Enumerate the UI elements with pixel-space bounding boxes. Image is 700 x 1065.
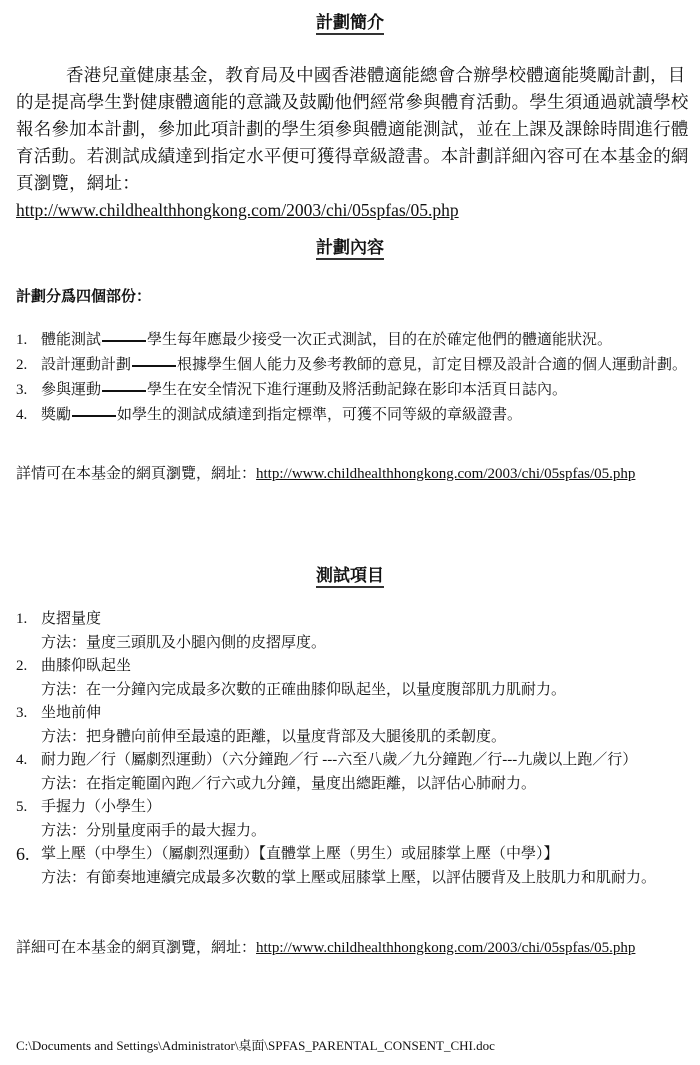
test-item-title: 耐力跑／行（屬劇烈運動）（六分鐘跑／行 ---六至八歲／九分鐘跑／行---九歲以… <box>41 752 637 768</box>
test-item-method: 方法：在一分鐘內完成最多次數的正確曲膝仰臥起坐，以量度腹部肌力肌耐力。 <box>41 679 696 703</box>
plan-item-title: 參與運動 <box>41 382 101 398</box>
list-number: 4. <box>16 403 27 428</box>
test-item-method: 方法：分別量度兩手的最大握力。 <box>41 820 696 844</box>
list-number: 2. <box>16 353 27 378</box>
list-number: 1. <box>16 608 27 632</box>
list-number: 4. <box>16 749 27 773</box>
document-page: 計劃簡介 香港兒童健康基金，教育局及中國香港體適能總會合辦學校體適能獎勵計劃，目… <box>0 0 700 1065</box>
test-item-title: 皮摺量度 <box>41 611 101 627</box>
plan-more-info: 詳情可在本基金的網頁瀏覽，網址：http://www.childhealthho… <box>16 464 635 484</box>
plan-more-info-label: 詳情可在本基金的網頁瀏覽，網址： <box>16 466 256 482</box>
test-item-title: 掌上壓（中學生）（屬劇烈運動）【直體掌上壓（男生）或屈膝掌上壓（中學）】 <box>41 846 559 862</box>
plan-item-title: 獎勵 <box>41 407 71 423</box>
list-number: 6. <box>16 843 30 867</box>
plan-list-item: 3. 參與運動學生在安全情況下進行運動及將活動記錄在影印本活頁日誌內。 <box>16 378 696 403</box>
test-heading-text: 測試項目 <box>316 566 384 588</box>
plan-item-text: 學生每年應最少接受一次正式測試，目的在於確定他們的體適能狀況。 <box>147 332 612 348</box>
plan-item-text: 根據學生個人能力及參考教師的意見，訂定目標及設計合適的個人運動計劃。 <box>177 357 687 373</box>
plan-heading: 計劃內容 <box>0 237 700 259</box>
intro-url-link[interactable]: http://www.childhealthhongkong.com/2003/… <box>16 197 692 224</box>
em-dash <box>132 365 176 367</box>
plan-subheading: 計劃分爲四個部份： <box>16 287 151 307</box>
list-number: 3. <box>16 378 27 403</box>
plan-list-item: 2. 設計運動計劃根據學生個人能力及參考教師的意見，訂定目標及設計合適的個人運動… <box>16 353 696 378</box>
test-item-title: 坐地前伸 <box>41 705 101 721</box>
list-number: 2. <box>16 655 27 679</box>
intro-paragraph-text: 香港兒童健康基金，教育局及中國香港體適能總會合辦學校體適能獎勵計劃，目的是提高學… <box>16 65 689 193</box>
intro-heading: 計劃簡介 <box>0 12 700 34</box>
test-item-title: 手握力（小學生） <box>41 799 161 815</box>
test-item-method: 方法：在指定範圍內跑／行六或九分鐘，量度出總距離，以評估心肺耐力。 <box>41 773 696 797</box>
em-dash <box>72 415 116 417</box>
plan-heading-text: 計劃內容 <box>316 238 384 260</box>
plan-list-item: 1. 體能測試學生每年應最少接受一次正式測試，目的在於確定他們的體適能狀況。 <box>16 328 696 353</box>
test-item-method: 方法：有節奏地連續完成最多次數的掌上壓或屈膝掌上壓，以評估腰背及上肢肌力和肌耐力… <box>41 867 696 891</box>
em-dash <box>102 390 146 392</box>
test-more-info-link[interactable]: http://www.childhealthhongkong.com/2003/… <box>256 940 635 956</box>
test-list-item: 5. 手握力（小學生） 方法：分別量度兩手的最大握力。 <box>16 796 696 843</box>
test-item-method: 方法：量度三頭肌及小腿內側的皮摺厚度。 <box>41 632 696 656</box>
test-heading: 測試項目 <box>0 565 700 587</box>
test-list-item: 2. 曲膝仰臥起坐 方法：在一分鐘內完成最多次數的正確曲膝仰臥起坐，以量度腹部肌… <box>16 655 696 702</box>
test-list-item: 1. 皮摺量度 方法：量度三頭肌及小腿內側的皮摺厚度。 <box>16 608 696 655</box>
em-dash <box>102 340 146 342</box>
list-number: 5. <box>16 796 27 820</box>
intro-paragraph: 香港兒童健康基金，教育局及中國香港體適能總會合辦學校體適能獎勵計劃，目的是提高學… <box>16 62 692 224</box>
test-list-item: 6. 掌上壓（中學生）（屬劇烈運動）【直體掌上壓（男生）或屈膝掌上壓（中學）】 … <box>16 843 696 890</box>
plan-item-text: 學生在安全情況下進行運動及將活動記錄在影印本活頁日誌內。 <box>147 382 567 398</box>
test-list: 1. 皮摺量度 方法：量度三頭肌及小腿內側的皮摺厚度。 2. 曲膝仰臥起坐 方法… <box>16 608 696 890</box>
plan-item-title: 體能測試 <box>41 332 101 348</box>
test-more-info: 詳細可在本基金的網頁瀏覽，網址：http://www.childhealthho… <box>16 938 635 958</box>
test-item-title: 曲膝仰臥起坐 <box>41 658 131 674</box>
test-list-item: 4. 耐力跑／行（屬劇烈運動）（六分鐘跑／行 ---六至八歲／九分鐘跑／行---… <box>16 749 696 796</box>
plan-list: 1. 體能測試學生每年應最少接受一次正式測試，目的在於確定他們的體適能狀況。 2… <box>16 328 696 428</box>
plan-more-info-link[interactable]: http://www.childhealthhongkong.com/2003/… <box>256 466 635 482</box>
intro-heading-text: 計劃簡介 <box>316 13 384 35</box>
plan-list-item: 4. 獎勵如學生的測試成績達到指定標準，可獲不同等級的章級證書。 <box>16 403 696 428</box>
plan-item-title: 設計運動計劃 <box>41 357 131 373</box>
test-list-item: 3. 坐地前伸 方法：把身體向前伸至最遠的距離，以量度背部及大腿後肌的柔韌度。 <box>16 702 696 749</box>
list-number: 1. <box>16 328 27 353</box>
test-more-info-label: 詳細可在本基金的網頁瀏覽，網址： <box>16 940 256 956</box>
test-item-method: 方法：把身體向前伸至最遠的距離，以量度背部及大腿後肌的柔韌度。 <box>41 726 696 750</box>
plan-item-text: 如學生的測試成績達到指定標準，可獲不同等級的章級證書。 <box>117 407 522 423</box>
footer-file-path: C:\Documents and Settings\Administrator\… <box>16 1037 495 1055</box>
list-number: 3. <box>16 702 27 726</box>
